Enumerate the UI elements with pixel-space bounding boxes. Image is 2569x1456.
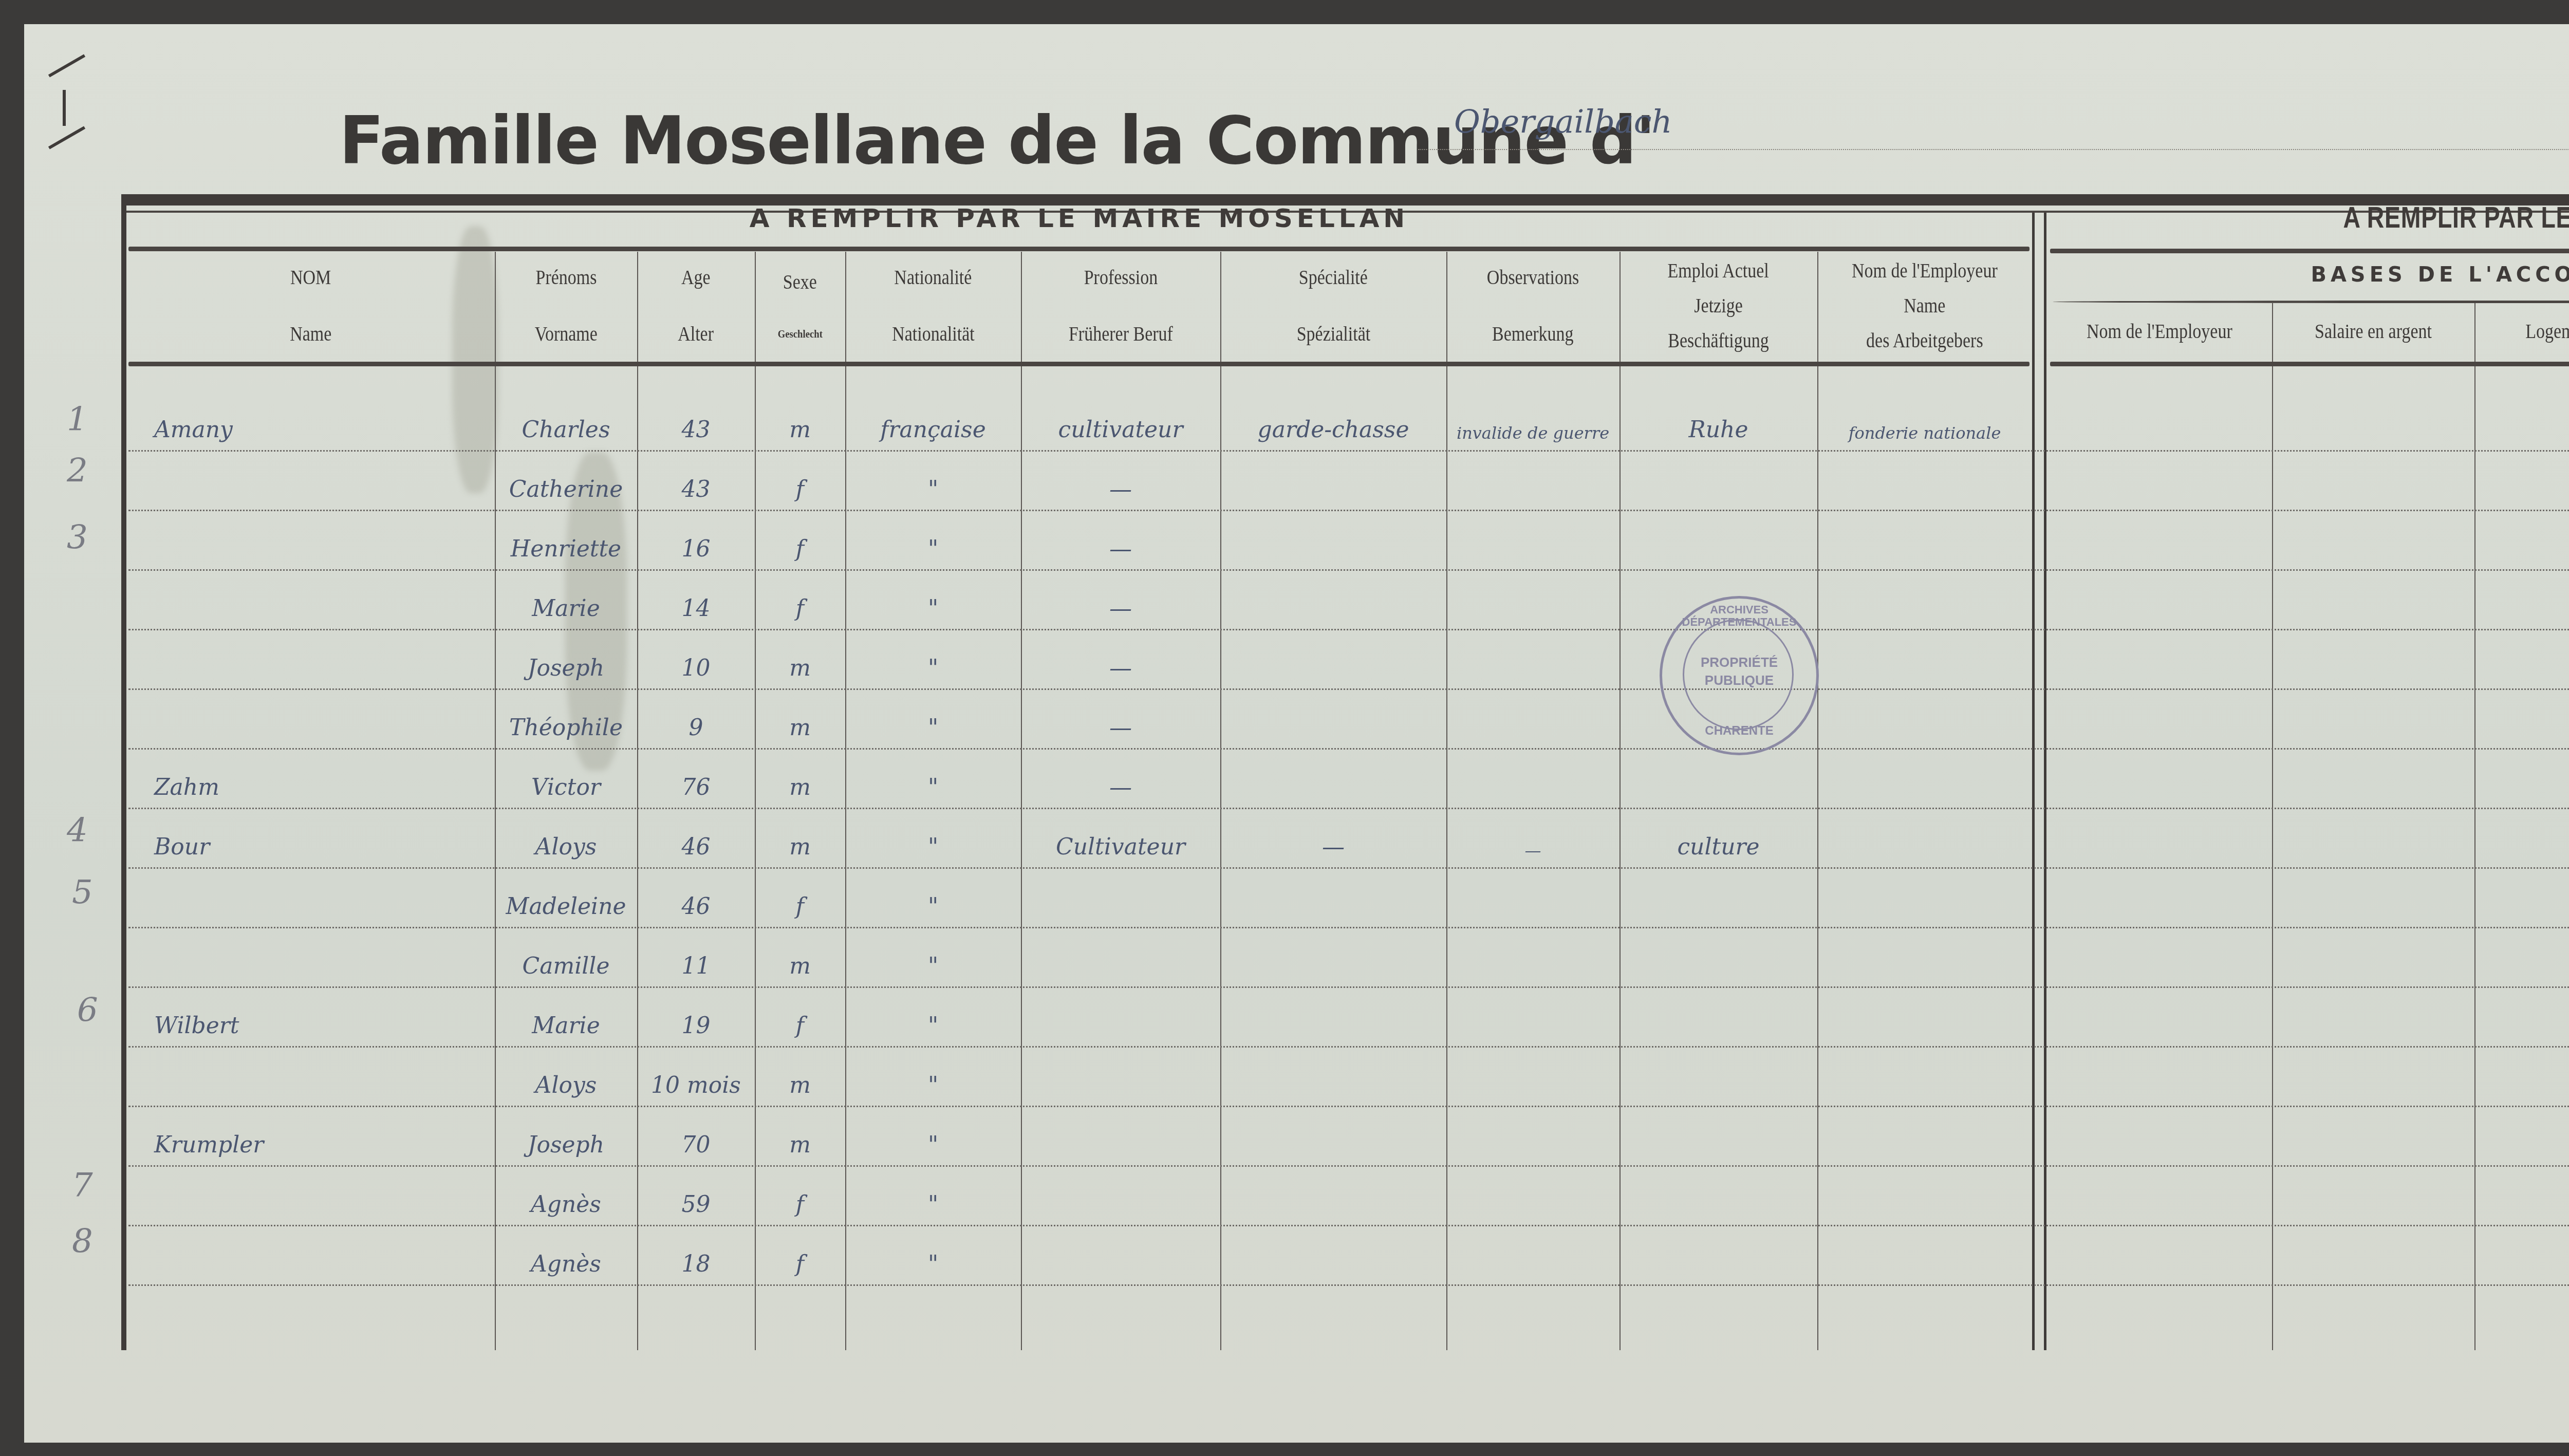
cell-emploi [1619, 867, 1817, 927]
cell-observations [1446, 748, 1619, 808]
cell-employeur [1817, 450, 2032, 510]
cell-nom [154, 1225, 493, 1284]
cell-profession: Cultivateur [1021, 808, 1220, 867]
cell-profession: — [1021, 748, 1220, 808]
col-header-nationalite: NationalitéNationalität [845, 252, 1021, 360]
cell-nationalite: " [845, 569, 1021, 629]
cell-nom [154, 1165, 493, 1225]
cell-observations [1446, 986, 1619, 1046]
cell-observations: invalide de guerre [1446, 390, 1619, 450]
cell-emploi: culture [1619, 808, 1817, 867]
cell-sexe: m [755, 688, 845, 748]
cell-profession [1021, 986, 1220, 1046]
cell-age: 46 [637, 867, 755, 927]
cell-emploi [1619, 1106, 1817, 1165]
cell-nationalite: " [845, 450, 1021, 510]
margin-number: 6 [77, 992, 98, 1030]
col-header-prenoms: PrénomsVorname [495, 252, 637, 360]
bases-accord-title: BASES DE L'ACCORD [2050, 252, 2569, 298]
cell-profession [1021, 867, 1220, 927]
commune-name: Obergailbach [1454, 103, 1672, 140]
cell-nationalite: " [845, 986, 1021, 1046]
cell-prenom: Joseph [495, 1106, 637, 1165]
cell-nationalite: " [845, 808, 1021, 867]
cell-specialite: — [1220, 808, 1446, 867]
cell-sexe: f [755, 867, 845, 927]
cell-prenom: Henriette [495, 510, 637, 569]
cell-specialite [1220, 867, 1446, 927]
cell-prenom: Madeleine [495, 867, 637, 927]
col-header-employeur: Nom de l'EmployeurNamedes Arbeitgebers [1817, 252, 2032, 360]
col-header-profession: ProfessionFrüherer Beruf [1021, 252, 1220, 360]
cell-employeur [1817, 510, 2032, 569]
cell-emploi [1619, 1165, 1817, 1225]
cell-nationalite: " [845, 748, 1021, 808]
cell-age: 10 [637, 629, 755, 688]
cell-sexe: f [755, 510, 845, 569]
cell-observations [1446, 510, 1619, 569]
cell-employeur [1817, 1046, 2032, 1106]
cell-age: 16 [637, 510, 755, 569]
cell-prenom: Charles [495, 390, 637, 450]
left-header-rule [128, 247, 2030, 251]
cell-observations [1446, 1225, 1619, 1284]
cell-sexe: m [755, 629, 845, 688]
cell-prenom: Agnès [495, 1165, 637, 1225]
cell-prenom: Victor [495, 748, 637, 808]
cell-observations [1446, 927, 1619, 986]
left-section-title: A REMPLIR PAR LE MAIRE MOSELLAN [126, 203, 2032, 234]
cell-employeur [1817, 629, 2032, 688]
cell-nom: Krumpler [154, 1106, 493, 1165]
cell-nom [154, 450, 493, 510]
cell-emploi [1619, 450, 1817, 510]
column-header-rule [2050, 362, 2569, 366]
cell-prenom: Aloys [495, 808, 637, 867]
cell-sexe: m [755, 390, 845, 450]
cell-prenom: Théophile [495, 688, 637, 748]
cell-prenom: Agnès [495, 1225, 637, 1284]
cell-employeur [1817, 927, 2032, 986]
volume-mark: I [31, 41, 92, 144]
cell-nom [154, 1046, 493, 1106]
cell-employeur [1817, 867, 2032, 927]
cell-nom [154, 927, 493, 986]
cell-age: 19 [637, 986, 755, 1046]
row-rule [128, 1284, 2569, 1286]
cell-nom: Zahm [154, 748, 493, 808]
cell-prenom: Marie [495, 986, 637, 1046]
cell-sexe: f [755, 569, 845, 629]
margin-number: 1 [67, 401, 88, 439]
margin-number: 4 [67, 812, 88, 850]
cell-emploi [1619, 1225, 1817, 1284]
cell-profession [1021, 1225, 1220, 1284]
cell-prenom: Marie [495, 569, 637, 629]
cell-age: 10 mois [637, 1046, 755, 1106]
cell-profession [1021, 1046, 1220, 1106]
cell-specialite [1220, 1165, 1446, 1225]
margin-number: 2 [67, 452, 88, 490]
cell-employeur [1817, 1225, 2032, 1284]
cell-emploi [1619, 1046, 1817, 1106]
col-header-emploi-actuel: Emploi ActuelJetzigeBeschäftigung [1619, 252, 1817, 360]
cell-specialite [1220, 688, 1446, 748]
cell-employeur [1817, 808, 2032, 867]
table-left-border [121, 194, 126, 1350]
cell-prenom: Joseph [495, 629, 637, 688]
col-header-nom-employeur: Nom de l'Employeur [2046, 303, 2272, 360]
cell-employeur [1817, 569, 2032, 629]
cell-nationalite: " [845, 1106, 1021, 1165]
cell-age: 18 [637, 1225, 755, 1284]
cell-specialite [1220, 569, 1446, 629]
margin-number: 3 [67, 519, 88, 557]
cell-age: 70 [637, 1106, 755, 1165]
cell-specialite [1220, 986, 1446, 1046]
cell-age: 9 [637, 688, 755, 748]
cell-age: 43 [637, 450, 755, 510]
cell-emploi [1619, 986, 1817, 1046]
section-divider-inner [2044, 213, 2046, 1350]
cell-specialite [1220, 1106, 1446, 1165]
cell-sexe: m [755, 927, 845, 986]
col-divider [2474, 303, 2475, 1350]
cell-emploi [1619, 510, 1817, 569]
cell-observations [1446, 867, 1619, 927]
cell-sexe: f [755, 450, 845, 510]
cell-profession: — [1021, 510, 1220, 569]
cell-nationalite: " [845, 867, 1021, 927]
cell-observations: — [1446, 808, 1619, 867]
archive-stamp: ARCHIVES DÉPARTEMENTALES PROPRIÉTÉ PUBLI… [1660, 596, 1819, 755]
cell-nom [154, 569, 493, 629]
cell-nationalite: " [845, 1165, 1021, 1225]
cell-nationalite: " [845, 688, 1021, 748]
col-header-observations: ObservationsBemerkung [1446, 252, 1619, 360]
cell-profession: — [1021, 450, 1220, 510]
cell-prenom: Camille [495, 927, 637, 986]
cell-nom: Wilbert [154, 986, 493, 1046]
section-divider [2032, 213, 2035, 1350]
cell-specialite [1220, 1225, 1446, 1284]
cell-specialite [1220, 510, 1446, 569]
cell-profession: cultivateur [1021, 390, 1220, 450]
cell-observations [1446, 1046, 1619, 1106]
cell-observations [1446, 569, 1619, 629]
col-header-logement: Logement [2474, 303, 2569, 360]
cell-age: 11 [637, 927, 755, 986]
cell-nationalite: " [845, 927, 1021, 986]
margin-number: 7 [72, 1166, 93, 1204]
cell-profession [1021, 927, 1220, 986]
cell-sexe: m [755, 1046, 845, 1106]
cell-age: 43 [637, 390, 755, 450]
cell-age: 59 [637, 1165, 755, 1225]
cell-profession: — [1021, 569, 1220, 629]
cell-nationalite: française [845, 390, 1021, 450]
cell-nom [154, 688, 493, 748]
col-header-salaire: Salaire en argent [2272, 303, 2474, 360]
cell-sexe: m [755, 748, 845, 808]
cell-observations [1446, 1106, 1619, 1165]
cell-nom [154, 510, 493, 569]
cell-sexe: m [755, 1106, 845, 1165]
cell-specialite: garde-chasse [1220, 390, 1446, 450]
cell-age: 76 [637, 748, 755, 808]
margin-number: 5 [72, 873, 93, 911]
cell-profession: — [1021, 629, 1220, 688]
col-divider [2272, 303, 2273, 1350]
cell-employeur [1817, 688, 2032, 748]
margin-number: 8 [72, 1223, 93, 1261]
cell-employeur [1817, 1106, 2032, 1165]
cell-nom [154, 629, 493, 688]
cell-specialite [1220, 450, 1446, 510]
cell-age: 14 [637, 569, 755, 629]
cell-specialite [1220, 629, 1446, 688]
cell-observations [1446, 688, 1619, 748]
cell-sexe: f [755, 1165, 845, 1225]
right-section-title: A REMPLIR PAR LE PRÉSIDENT DU COMITÉ COM… [2208, 199, 2569, 236]
cell-nom: Bour [154, 808, 493, 867]
cell-profession: — [1021, 688, 1220, 748]
cell-observations [1446, 1165, 1619, 1225]
cell-employeur [1817, 748, 2032, 808]
cell-prenom: Aloys [495, 1046, 637, 1106]
col-header-sexe: SexeGeschlecht [755, 252, 845, 360]
cell-nationalite: " [845, 1225, 1021, 1284]
cell-nationalite: " [845, 629, 1021, 688]
cell-emploi [1619, 927, 1817, 986]
col-header-nom: NOMName [126, 252, 495, 360]
cell-profession [1021, 1106, 1220, 1165]
cell-sexe: f [755, 1225, 845, 1284]
cell-emploi [1619, 748, 1817, 808]
cell-sexe: f [755, 986, 845, 1046]
col-header-age: AgeAlter [637, 252, 755, 360]
cell-specialite [1220, 1046, 1446, 1106]
cell-prenom: Catherine [495, 450, 637, 510]
col-header-specialite: SpécialitéSpézialität [1220, 252, 1446, 360]
cell-profession [1021, 1165, 1220, 1225]
cell-specialite [1220, 927, 1446, 986]
cell-employeur: fonderie nationale [1817, 390, 2032, 450]
cell-nom [154, 867, 493, 927]
cell-specialite [1220, 748, 1446, 808]
cell-employeur [1817, 1165, 2032, 1225]
column-header-rule [128, 362, 2030, 366]
commune-dotted-line [1418, 149, 2569, 150]
cell-sexe: m [755, 808, 845, 867]
cell-employeur [1817, 986, 2032, 1046]
cell-nationalite: " [845, 510, 1021, 569]
cell-observations [1446, 629, 1619, 688]
cell-nationalite: " [845, 1046, 1021, 1106]
cell-nom: Amany [154, 390, 493, 450]
cell-observations [1446, 450, 1619, 510]
cell-emploi: Ruhe [1619, 390, 1817, 450]
cell-age: 46 [637, 808, 755, 867]
